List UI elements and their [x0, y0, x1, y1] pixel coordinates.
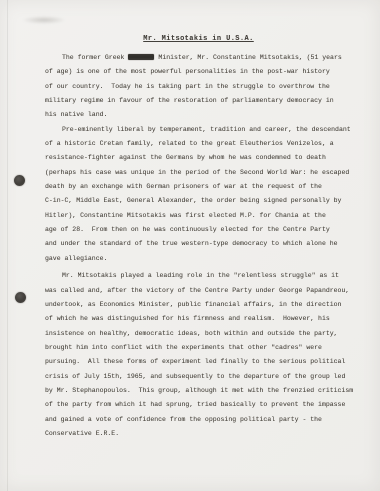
text-line: of age) is one of the most powerful pers… — [45, 65, 352, 79]
redaction-mark — [128, 54, 154, 60]
text-line: crisis of July 15th, 1965, and subsequen… — [45, 370, 352, 384]
line-text: The former Greek — [62, 54, 124, 61]
text-line: death by an exchange with German prisone… — [45, 180, 352, 194]
text-line: age of 28. From then on he was continuou… — [45, 223, 352, 237]
text-line: Pre-eminently liberal by temperament, tr… — [45, 123, 352, 137]
document-title: Mr. Mitsotakis in U.S.A. — [45, 32, 352, 46]
text-line: (perhaps his case was unique in the peri… — [45, 166, 352, 180]
document-body: Mr. Mitsotakis in U.S.A. The former Gree… — [45, 32, 352, 441]
title-text: Mr. Mitsotakis in U.S.A. — [143, 35, 253, 43]
paper-edge-line — [7, 0, 8, 491]
text-line: and under the standard of the true weste… — [45, 237, 352, 251]
text-line: The former GreekMinister, Mr. Constantin… — [45, 51, 352, 65]
text-line: of our country. Today he is taking part … — [45, 80, 352, 94]
text-line: of which he was distinguished for his fi… — [45, 312, 352, 326]
text-line: C-in-C, Middle East, General Alexander, … — [45, 194, 352, 208]
text-line: resistance-fighter against the Germans b… — [45, 151, 352, 165]
paragraph: Mr. Mitsotakis played a leading role in … — [45, 269, 352, 441]
scanned-document-page: Mr. Mitsotakis in U.S.A. The former Gree… — [0, 0, 380, 491]
paragraph: The former GreekMinister, Mr. Constantin… — [45, 51, 352, 123]
text-line: Hitler), Constantine Mitsotakis was firs… — [45, 209, 352, 223]
text-line: Mr. Mitsotakis played a leading role in … — [45, 269, 352, 283]
paragraph: Pre-eminently liberal by temperament, tr… — [45, 123, 352, 266]
line-text: Minister, Mr. Constantine Mitsotakis, (5… — [158, 54, 341, 61]
text-line: pursuing. All these forms of experiment … — [45, 355, 352, 369]
text-line: gave allegiance. — [45, 252, 352, 266]
text-line: of the party from which it had sprung, t… — [45, 398, 352, 412]
text-line: insistence on healthy, democratic ideas,… — [45, 327, 352, 341]
text-line: Conservative E.R.E. — [45, 427, 352, 441]
text-line: and gained a vote of confidence from the… — [45, 413, 352, 427]
hole-punch-mark — [15, 292, 26, 303]
hole-punch-mark — [14, 175, 25, 186]
text-line: brought him into conflict with the exper… — [45, 341, 352, 355]
text-line: by Mr. Stephanopoulos. This group, altho… — [45, 384, 352, 398]
text-line: undertook, as Economics Minister, public… — [45, 298, 352, 312]
text-line: his native land. — [45, 108, 352, 122]
pencil-smudge — [22, 16, 66, 24]
text-line: military regime in favour of the restora… — [45, 94, 352, 108]
text-line: of a historic Cretan family, related to … — [45, 137, 352, 151]
text-line: was called and, after the victory of the… — [45, 284, 352, 298]
